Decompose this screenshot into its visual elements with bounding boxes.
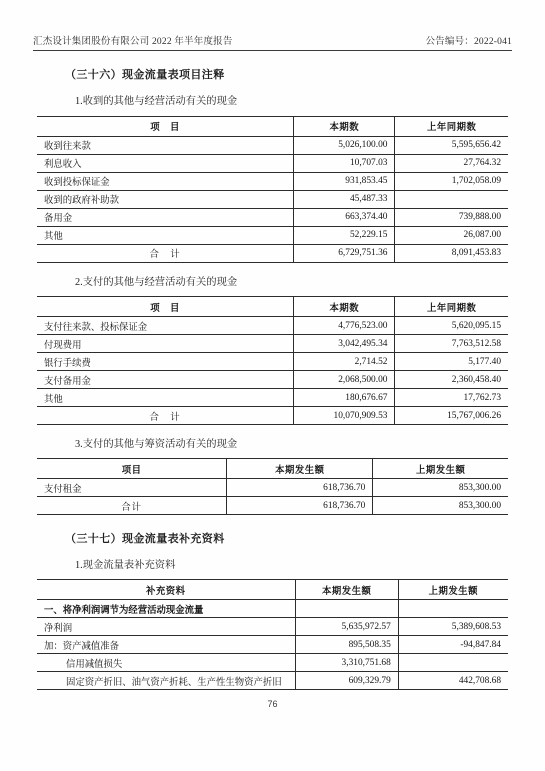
table-row: 固定资产折旧、油气资产折耗、生产性生物资产折旧609,329.79442,708… xyxy=(37,672,508,690)
table-row: 合计618,736.70853,300.00 xyxy=(37,497,508,515)
amount-cell: 10,070,909.53 xyxy=(294,407,395,425)
column-header: 上年同期数 xyxy=(395,297,508,317)
amount-cell: 45,487.33 xyxy=(294,190,395,208)
table-paid-other-operating-cash: 项 目本期数上年同期数支付往来款、投标保证金4,776,523.005,620,… xyxy=(37,296,508,425)
amount-cell: 442,708.68 xyxy=(398,672,508,690)
amount-cell: 2,714.52 xyxy=(294,353,395,371)
row-label: 合计 xyxy=(37,497,227,515)
amount-cell: 3,042,495.34 xyxy=(294,335,395,353)
row-label: 其他 xyxy=(37,389,294,407)
section-36-item-3-title: 3.支付的其他与筹资活动有关的现金 xyxy=(75,438,508,451)
table-row: 信用减值损失3,310,751.68 xyxy=(37,654,508,672)
amount-cell: 180,676.67 xyxy=(294,389,395,407)
row-label: 付现费用 xyxy=(37,335,294,353)
amount-cell: 8,091,453.83 xyxy=(395,244,508,262)
amount-cell: 931,853.45 xyxy=(294,172,395,190)
row-label: 支付备用金 xyxy=(37,371,294,389)
table-row: 净利润5,635,972.575,389,608.53 xyxy=(37,618,508,636)
amount-cell xyxy=(295,600,398,618)
section-36-item-2-title: 2.支付的其他与经营活动有关的现金 xyxy=(75,276,508,289)
table-row: 合 计6,729,751.368,091,453.83 xyxy=(37,244,508,262)
amount-cell: 7,763,512.58 xyxy=(395,335,508,353)
column-header: 项 目 xyxy=(37,297,294,317)
column-header: 项目 xyxy=(37,459,227,479)
row-label: 收到的政府补助款 xyxy=(37,190,294,208)
row-label: 合 计 xyxy=(37,244,294,262)
amount-cell: 5,595,656.42 xyxy=(395,136,508,154)
row-label: 备用金 xyxy=(37,208,294,226)
amount-cell: 618,736.70 xyxy=(227,497,373,515)
amount-cell: -94,847.84 xyxy=(398,636,508,654)
table-row: 其他52,229.1526,087.00 xyxy=(37,226,508,244)
row-label: 收到投标保证金 xyxy=(37,172,294,190)
section-36-title: （三十六）现金流量表项目注释 xyxy=(65,68,508,82)
page-header: 汇杰设计集团股份有限公司 2022 年半年度报告 公告编号：2022-041 xyxy=(33,0,512,51)
amount-cell: 5,389,608.53 xyxy=(398,618,508,636)
amount-cell: 609,329.79 xyxy=(295,672,398,690)
amount-cell: 739,888.00 xyxy=(395,208,508,226)
amount-cell: 2,068,500.00 xyxy=(294,371,395,389)
amount-cell: 853,300.00 xyxy=(373,497,508,515)
table-row: 收到往来款5,026,100.005,595,656.42 xyxy=(37,136,508,154)
page-content: （三十六）现金流量表项目注释 1.收到的其他与经营活动有关的现金 项 目本期数上… xyxy=(37,68,508,690)
section-37-title: （三十七）现金流量表补充资料 xyxy=(65,532,508,546)
amount-cell: 17,762.73 xyxy=(395,389,508,407)
row-label: 其他 xyxy=(37,226,294,244)
column-header: 本期发生额 xyxy=(227,459,373,479)
table-row: 付现费用3,042,495.347,763,512.58 xyxy=(37,335,508,353)
row-label: 加：资产减值准备 xyxy=(37,636,295,654)
amount-cell: 1,702,058.09 xyxy=(395,172,508,190)
column-header: 上年同期数 xyxy=(395,116,508,136)
report-title: 汇杰设计集团股份有限公司 2022 年半年度报告 xyxy=(33,33,233,47)
row-label: 合 计 xyxy=(37,407,294,425)
amount-cell: 3,310,751.68 xyxy=(295,654,398,672)
amount-cell: 15,767,006.26 xyxy=(395,407,508,425)
amount-cell: 5,620,095.15 xyxy=(395,317,508,335)
amount-cell: 2,360,458.40 xyxy=(395,371,508,389)
table-header-row: 项目本期发生额上期发生额 xyxy=(37,459,508,479)
report-page: 汇杰设计集团股份有限公司 2022 年半年度报告 公告编号：2022-041 （… xyxy=(0,0,545,771)
page-footer: 76 xyxy=(0,699,545,709)
row-label: 固定资产折旧、油气资产折耗、生产性生物资产折旧 xyxy=(37,672,295,690)
table-row: 支付往来款、投标保证金4,776,523.005,620,095.15 xyxy=(37,317,508,335)
table-row: 收到的政府补助款45,487.33 xyxy=(37,190,508,208)
amount-cell xyxy=(398,654,508,672)
row-label: 利息收入 xyxy=(37,154,294,172)
table-row: 支付备用金2,068,500.002,360,458.40 xyxy=(37,371,508,389)
column-header: 本期数 xyxy=(294,116,395,136)
row-label: 收到往来款 xyxy=(37,136,294,154)
section-36-item-1-title: 1.收到的其他与经营活动有关的现金 xyxy=(75,95,508,108)
amount-cell: 895,508.35 xyxy=(295,636,398,654)
amount-cell: 853,300.00 xyxy=(373,479,508,497)
column-header: 上期发生额 xyxy=(373,459,508,479)
amount-cell: 27,764.32 xyxy=(395,154,508,172)
amount-cell: 52,229.15 xyxy=(294,226,395,244)
amount-cell: 10,707.03 xyxy=(294,154,395,172)
amount-cell: 663,374.40 xyxy=(294,208,395,226)
table-row: 合 计10,070,909.5315,767,006.26 xyxy=(37,407,508,425)
amount-cell: 6,729,751.36 xyxy=(294,244,395,262)
column-header: 本期数 xyxy=(294,297,395,317)
table-row: 支付租金618,736.70853,300.00 xyxy=(37,479,508,497)
table-received-other-operating-cash: 项 目本期数上年同期数收到往来款5,026,100.005,595,656.42… xyxy=(37,116,508,263)
table-row: 加：资产减值准备895,508.35-94,847.84 xyxy=(37,636,508,654)
amount-cell: 618,736.70 xyxy=(227,479,373,497)
announcement-number: 公告编号：2022-041 xyxy=(425,33,512,47)
row-label: 一、将净利润调节为经营活动现金流量 xyxy=(37,600,295,618)
page-number: 76 xyxy=(267,699,277,709)
row-label: 净利润 xyxy=(37,618,295,636)
amount-cell xyxy=(395,190,508,208)
row-label: 信用减值损失 xyxy=(37,654,295,672)
amount-cell: 5,177.40 xyxy=(395,353,508,371)
table-row: 收到投标保证金931,853.451,702,058.09 xyxy=(37,172,508,190)
table-header-row: 项 目本期数上年同期数 xyxy=(37,116,508,136)
amount-cell: 5,026,100.00 xyxy=(294,136,395,154)
section-37-item-1-title: 1.现金流量表补充资料 xyxy=(75,559,508,572)
table-row: 银行手续费2,714.525,177.40 xyxy=(37,353,508,371)
column-header: 补充资料 xyxy=(37,580,295,600)
row-label: 支付往来款、投标保证金 xyxy=(37,317,294,335)
amount-cell: 26,087.00 xyxy=(395,226,508,244)
column-header: 项 目 xyxy=(37,116,294,136)
table-cash-flow-supplementary: 补充资料本期发生额上期发生额一、将净利润调节为经营活动现金流量净利润5,635,… xyxy=(37,579,508,690)
table-row: 其他180,676.6717,762.73 xyxy=(37,389,508,407)
row-label: 支付租金 xyxy=(37,479,227,497)
amount-cell: 4,776,523.00 xyxy=(294,317,395,335)
table-paid-other-financing-cash: 项目本期发生额上期发生额支付租金618,736.70853,300.00合计61… xyxy=(37,458,508,515)
table-row: 利息收入10,707.0327,764.32 xyxy=(37,154,508,172)
table-header-row: 项 目本期数上年同期数 xyxy=(37,297,508,317)
row-label: 银行手续费 xyxy=(37,353,294,371)
column-header: 本期发生额 xyxy=(295,580,398,600)
table-header-row: 补充资料本期发生额上期发生额 xyxy=(37,580,508,600)
amount-cell xyxy=(398,600,508,618)
amount-cell: 5,635,972.57 xyxy=(295,618,398,636)
column-header: 上期发生额 xyxy=(398,580,508,600)
table-row: 备用金663,374.40739,888.00 xyxy=(37,208,508,226)
table-row: 一、将净利润调节为经营活动现金流量 xyxy=(37,600,508,618)
